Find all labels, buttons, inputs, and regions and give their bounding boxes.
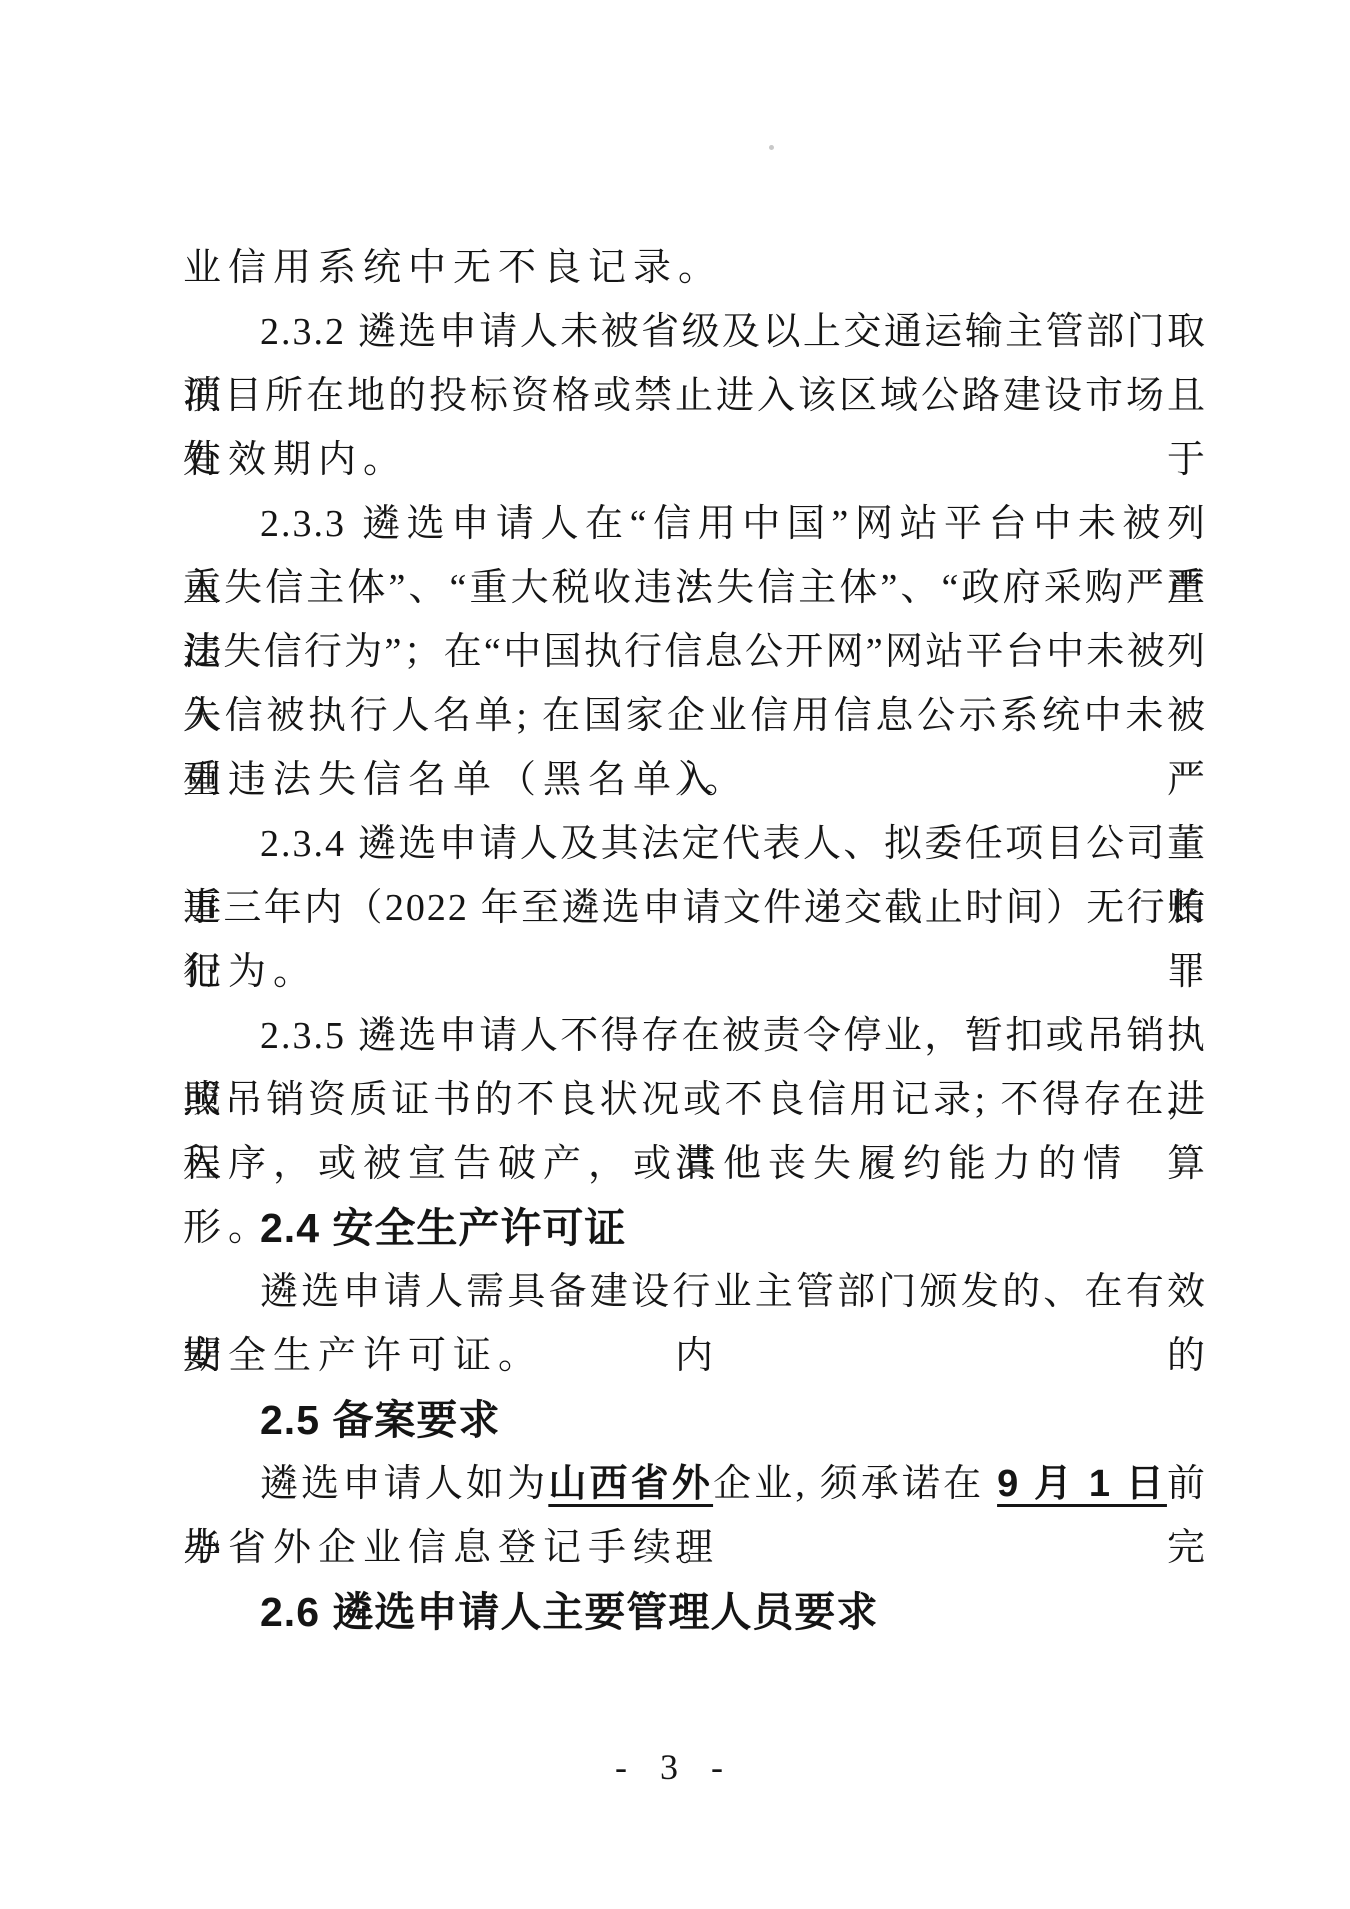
clause-2-4-line-1: 遴选申请人需具备建设行业主管部门颁发的、在有效期内的 <box>183 1260 1207 1324</box>
clause-2-3-3-line-2: 重失信主体”、“重大税收违法失信主体”、“政府采购严重违 <box>183 556 1207 620</box>
document-page: 业信用系统中无不良记录。 2.3.2 遴选申请人未被省级及以上交通运输主管部门取… <box>0 0 1350 1909</box>
emphasis-shanxi-province-outside: 山西省外 <box>548 1463 713 1505</box>
section-heading-2-5: 2.5 备案要求 <box>183 1388 1207 1452</box>
emphasis-date-september-1: 9 月 1 日 <box>997 1463 1167 1505</box>
clause-2-3-5-line-1: 2.3.5 遴选申请人不得存在被责令停业，暂扣或吊销执照， <box>183 1004 1207 1068</box>
clause-2-5-segment-plain-2: 企业, 须承诺在 <box>713 1463 997 1505</box>
clause-2-3-5-line-2: 或吊销资质证书的不良状况或不良信用记录; 不得存在进入清算 <box>183 1068 1207 1132</box>
clause-2-5-segment-plain-1: 遴选申请人如为 <box>260 1463 548 1505</box>
clause-2-3-2-line-1: 2.3.2 遴选申请人未被省级及以上交通运输主管部门取消 <box>183 300 1207 364</box>
clause-2-3-3-line-3: 法失信行为”；在“中国执行信息公开网”网站平台中未被列入 <box>183 620 1207 684</box>
scan-speckle <box>769 145 774 150</box>
page-number: - 3 - <box>0 1746 1350 1788</box>
section-heading-2-6: 2.6 遴选申请人主要管理人员要求 <box>183 1580 1207 1644</box>
text-block: 业信用系统中无不良记录。 2.3.2 遴选申请人未被省级及以上交通运输主管部门取… <box>183 236 1207 1644</box>
clause-2-3-5-line-3: 程序，或被宣告破产，或其他丧失履约能力的情形。 <box>183 1132 1207 1196</box>
text-line-continuation: 业信用系统中无不良记录。 <box>183 236 1207 300</box>
clause-2-5-line-1: 遴选申请人如为山西省外企业, 须承诺在 9 月 1 日前办理完 <box>183 1452 1207 1516</box>
section-heading-2-4: 2.4 安全生产许可证 <box>183 1196 1207 1260</box>
clause-2-3-4-line-2: 近三年内（2022 年至遴选申请文件递交截止时间）无行贿犯罪 <box>183 876 1207 940</box>
clause-2-3-3-line-1: 2.3.3 遴选申请人在“信用中国”网站平台中未被列入“严 <box>183 492 1207 556</box>
clause-2-3-3-line-4: 失信被执行人名单; 在国家企业信用信息公示系统中未被列入严 <box>183 684 1207 748</box>
clause-2-3-4-line-1: 2.3.4 遴选申请人及其法定代表人、拟委任项目公司董事长 <box>183 812 1207 876</box>
clause-2-3-2-line-2: 项目所在地的投标资格或禁止进入该区域公路建设市场且处于 <box>183 364 1207 428</box>
